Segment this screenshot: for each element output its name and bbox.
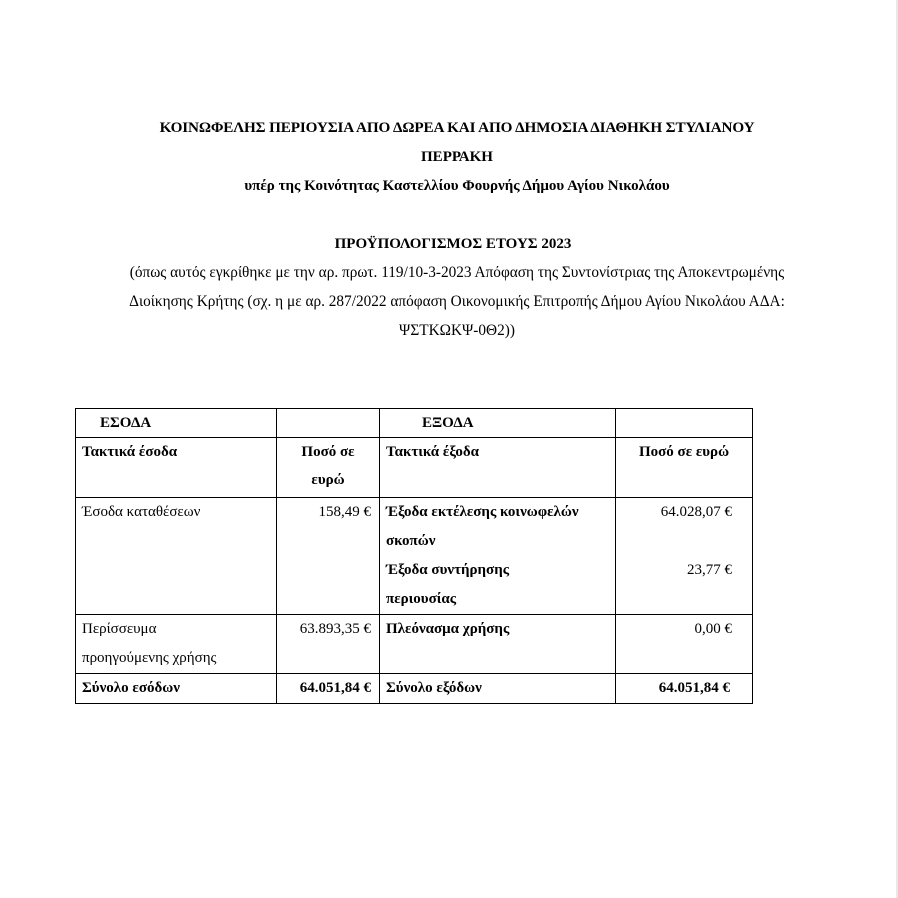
- expense-amounts: 64.028,07 € 23,77 €: [616, 498, 753, 615]
- approval-note-line-2: Διοίκησης Κρήτης (σχ. η με αρ. 287/2022 …: [8, 293, 898, 311]
- expense-amount: 23,77 €: [622, 556, 732, 585]
- approval-note-line-1: (όπως αυτός εγκρίθηκε με την αρ. πρωτ. 1…: [8, 264, 898, 282]
- expense-label-line: περιουσίας: [386, 585, 615, 614]
- income-amount-header-line-2: ευρώ: [277, 466, 379, 494]
- expense-total-label: Σύνολο εξόδων: [380, 674, 616, 704]
- expenses-section-header: ΕΞΟΔΑ: [380, 409, 616, 438]
- expense-label-line: σκοπών: [386, 527, 615, 556]
- empty-header-cell: [616, 409, 753, 438]
- expense-label: Πλεόνασμα χρήσης: [380, 615, 616, 674]
- expense-label-line: Έξοδα συντήρησης: [386, 556, 615, 585]
- table-row: Έσοδα καταθέσεων 158,49 € Έξοδα εκτέλεση…: [76, 498, 753, 615]
- document-title-line-2: ΠΕΡΡΑΚΗ: [8, 148, 898, 166]
- income-section-header: ΕΣΟΔΑ: [76, 409, 277, 438]
- income-total-amount: 64.051,84 €: [277, 674, 380, 704]
- empty-header-cell: [277, 409, 380, 438]
- income-amount-header-line-1: Ποσό σε: [277, 438, 379, 466]
- expense-label-line: Έξοδα εκτέλεσης κοινωφελών: [386, 498, 615, 527]
- expense-amount-header: Ποσό σε ευρώ: [616, 438, 753, 498]
- expense-amount: 64.028,07 €: [622, 498, 732, 527]
- income-label: Έσοδα καταθέσεων: [76, 498, 277, 615]
- spacer: [622, 527, 732, 556]
- totals-row: Σύνολο εσόδων 64.051,84 € Σύνολο εξόδων …: [76, 674, 753, 704]
- income-amount-header: Ποσό σε ευρώ: [277, 438, 380, 498]
- approval-note-line-3: ΨΣΤΚΩΚΨ-0Θ2)): [8, 322, 898, 340]
- expense-labels: Έξοδα εκτέλεσης κοινωφελών σκοπών Έξοδα …: [380, 498, 616, 615]
- document-title-line-1: ΚΟΙΝΩΦΕΛΗΣ ΠΕΡΙΟΥΣΙΑ ΑΠΟ ΔΩΡΕΑ ΚΑΙ ΑΠΟ Δ…: [8, 119, 898, 137]
- expense-total-amount: 64.051,84 €: [616, 674, 753, 704]
- budget-title: ΠΡΟΫΠΟΛΟΓΙΣΜΟΣ ΕΤΟΥΣ 2023: [4, 235, 898, 253]
- section-header-row: ΕΣΟΔΑ ΕΞΟΔΑ: [76, 409, 753, 438]
- income-amount: 158,49 €: [277, 498, 380, 615]
- income-label-line: Περίσσευμα: [82, 615, 276, 644]
- income-total-label: Σύνολο εσόδων: [76, 674, 277, 704]
- income-label-line: προηγούμενης χρήσης: [82, 644, 276, 673]
- table-row: Περίσσευμα προηγούμενης χρήσης 63.893,35…: [76, 615, 753, 674]
- document-subtitle: υπέρ της Κοινότητας Καστελλίου Φουρνής Δ…: [8, 177, 898, 195]
- expense-amount: 0,00 €: [616, 615, 753, 674]
- income-amount: 63.893,35 €: [277, 615, 380, 674]
- budget-table: ΕΣΟΔΑ ΕΞΟΔΑ Τακτικά έσοδα Ποσό σε ευρώ Τ…: [75, 408, 753, 704]
- income-label: Περίσσευμα προηγούμενης χρήσης: [76, 615, 277, 674]
- expense-label-header: Τακτικά έξοδα: [380, 438, 616, 498]
- income-label-header: Τακτικά έσοδα: [76, 438, 277, 498]
- column-header-row: Τακτικά έσοδα Ποσό σε ευρώ Τακτικά έξοδα…: [76, 438, 753, 498]
